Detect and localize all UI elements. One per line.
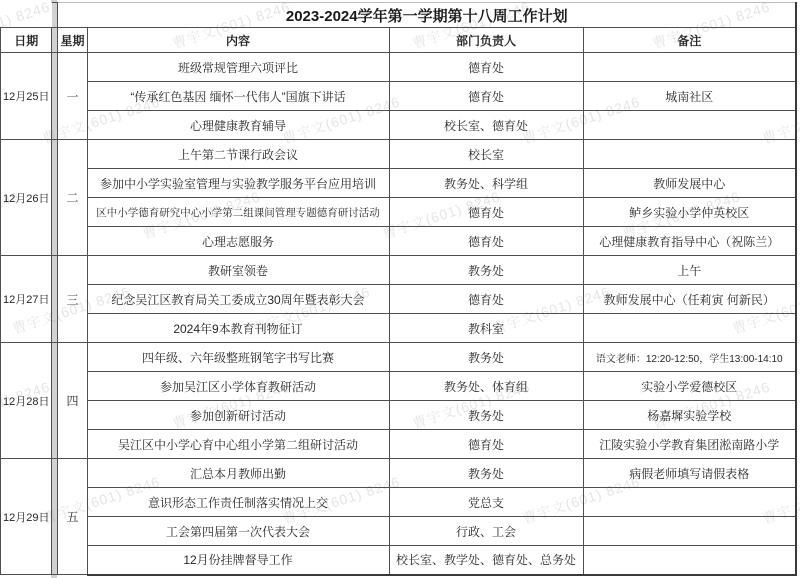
title-row: 2023-2024学年第一学期第十八周工作计划 xyxy=(1,3,797,28)
work-plan-table: 2023-2024学年第一学期第十八周工作计划 日期 星期 内容 部门负责人 备… xyxy=(0,2,797,576)
week-cell: 三 xyxy=(58,256,87,343)
table-row: 区中小学德育研究中心小学第二组课间管理专题德育研讨活动 德育处 鲈乡实验小学仲英… xyxy=(1,198,797,227)
dept-cell: 党总支 xyxy=(389,488,583,517)
dept-cell: 德育处 xyxy=(389,198,583,227)
table-row: 工会第四届第一次代表大会 行政、工会 xyxy=(1,517,797,546)
table-row: 纪念吴江区教育局关工委成立30周年暨表彰大会 德育处 教师发展中心（任莉寅 何新… xyxy=(1,285,797,314)
table-row: 12月25日 一 班级常规管理六项评比 德育处 xyxy=(1,53,797,82)
dept-cell: 校长室、德育处 xyxy=(389,111,583,140)
dept-cell: 行政、工会 xyxy=(389,517,583,546)
content-cell: 2024年9本教育刊物征订 xyxy=(87,314,389,343)
content-cell: 纪念吴江区教育局关工委成立30周年暨表彰大会 xyxy=(87,285,389,314)
content-cell: 心理健康教育辅导 xyxy=(87,111,389,140)
content-cell: 吴江区中小学心育中心组小学第二组研讨活动 xyxy=(87,430,389,459)
dept-cell: 教务处 xyxy=(389,343,583,372)
col-header-dept: 部门负责人 xyxy=(389,28,583,53)
note-cell xyxy=(583,517,796,546)
date-cell: 12月27日 xyxy=(1,256,52,343)
col-header-date: 日期 xyxy=(1,28,52,53)
content-cell: 参加吴江区小学体育教研活动 xyxy=(87,372,389,401)
dept-cell: 教务处 xyxy=(389,401,583,430)
note-cell: 心理健康教育指导中心（祝陈兰） xyxy=(583,227,796,256)
note-cell xyxy=(583,314,796,343)
note-cell: 实验小学爱德校区 xyxy=(583,372,796,401)
week-cell: 五 xyxy=(58,459,87,575)
content-cell: 班级常规管理六项评比 xyxy=(87,53,389,82)
content-cell: 意识形态工作责任制落实情况上交 xyxy=(87,488,389,517)
note-cell: 杨嘉墀实验学校 xyxy=(583,401,796,430)
col-header-week: 星期 xyxy=(58,28,87,53)
dept-cell: 校长室 xyxy=(389,140,583,169)
col-header-note: 备注 xyxy=(583,28,796,53)
note-cell: 城南社区 xyxy=(583,82,796,111)
content-cell: 心理志愿服务 xyxy=(87,227,389,256)
table-row: 2024年9本教育刊物征订 教科室 xyxy=(1,314,797,343)
table-row: 12月27日 三 教研室领卷 教务处 上午 xyxy=(1,256,797,285)
note-cell xyxy=(583,111,796,140)
content-cell: 汇总本月教师出勤 xyxy=(87,459,389,488)
page-title: 2023-2024学年第一学期第十八周工作计划 xyxy=(58,3,796,28)
table-row: 参加吴江区小学体育教研活动 教务处、体育组 实验小学爱德校区 xyxy=(1,372,797,401)
note-cell: 鲈乡实验小学仲英校区 xyxy=(583,198,796,227)
week-cell: 一 xyxy=(58,53,87,140)
table-row: 吴江区中小学心育中心组小学第二组研讨活动 德育处 江陵实验小学教育集团淞南路小学 xyxy=(1,430,797,459)
content-cell: 区中小学德育研究中心小学第二组课间管理专题德育研讨活动 xyxy=(87,198,389,227)
dept-cell: 德育处 xyxy=(389,430,583,459)
content-cell: 12月份挂牌督导工作 xyxy=(87,546,389,575)
week-cell: 四 xyxy=(58,343,87,459)
note-cell xyxy=(583,488,796,517)
dept-cell: 德育处 xyxy=(389,227,583,256)
note-cell: 教师发展中心（任莉寅 何新民） xyxy=(583,285,796,314)
date-cell: 12月25日 xyxy=(1,53,52,140)
table-row: 心理志愿服务 德育处 心理健康教育指导中心（祝陈兰） xyxy=(1,227,797,256)
content-cell: 上午第二节课行政会议 xyxy=(87,140,389,169)
dept-cell: 教务处、体育组 xyxy=(389,372,583,401)
date-cell: 12月29日 xyxy=(1,459,52,575)
dept-cell: 教务处 xyxy=(389,459,583,488)
note-cell: 江陵实验小学教育集团淞南路小学 xyxy=(583,430,796,459)
note-cell xyxy=(583,140,796,169)
note-cell xyxy=(583,53,796,82)
content-cell: “传承红色基因 缅怀一代伟人”国旗下讲话 xyxy=(87,82,389,111)
top-left-blank-cell xyxy=(1,3,52,28)
dept-cell: 教务处 xyxy=(389,256,583,285)
dept-cell: 教科室 xyxy=(389,314,583,343)
content-cell: 四年级、六年级整班钢笔字书写比赛 xyxy=(87,343,389,372)
table-row: 12月份挂牌督导工作 校长室、教学处、德育处、总务处 xyxy=(1,546,797,575)
content-cell: 教研室领卷 xyxy=(87,256,389,285)
dept-cell: 德育处 xyxy=(389,285,583,314)
week-cell: 二 xyxy=(58,140,87,256)
header-row: 日期 星期 内容 部门负责人 备注 xyxy=(1,28,797,53)
table-row: 12月29日 五 汇总本月教师出勤 教务处 病假老师填写请假表格 xyxy=(1,459,797,488)
dept-cell: 教务处、科学组 xyxy=(389,169,583,198)
note-cell: 病假老师填写请假表格 xyxy=(583,459,796,488)
table-row: 心理健康教育辅导 校长室、德育处 xyxy=(1,111,797,140)
date-cell: 12月28日 xyxy=(1,343,52,459)
note-cell: 语文老师：12:20-12:50，学生13:00-14:10 xyxy=(583,343,796,372)
content-cell: 参加中小学实验室管理与实验教学服务平台应用培训 xyxy=(87,169,389,198)
content-cell: 工会第四届第一次代表大会 xyxy=(87,517,389,546)
content-cell: 参加创新研讨活动 xyxy=(87,401,389,430)
note-cell xyxy=(583,546,796,575)
note-cell: 上午 xyxy=(583,256,796,285)
dept-cell: 校长室、教学处、德育处、总务处 xyxy=(389,546,583,575)
table-row: 意识形态工作责任制落实情况上交 党总支 xyxy=(1,488,797,517)
table-row: 参加创新研讨活动 教务处 杨嘉墀实验学校 xyxy=(1,401,797,430)
note-cell: 教师发展中心 xyxy=(583,169,796,198)
table-row: 12月28日 四 四年级、六年级整班钢笔字书写比赛 教务处 语文老师：12:20… xyxy=(1,343,797,372)
dept-cell: 德育处 xyxy=(389,82,583,111)
col-header-content: 内容 xyxy=(87,28,389,53)
dept-cell: 德育处 xyxy=(389,53,583,82)
table-row: 参加中小学实验室管理与实验教学服务平台应用培训 教务处、科学组 教师发展中心 xyxy=(1,169,797,198)
table-row: “传承红色基因 缅怀一代伟人”国旗下讲话 德育处 城南社区 xyxy=(1,82,797,111)
date-cell: 12月26日 xyxy=(1,140,52,256)
table-row: 12月26日 二 上午第二节课行政会议 校长室 xyxy=(1,140,797,169)
